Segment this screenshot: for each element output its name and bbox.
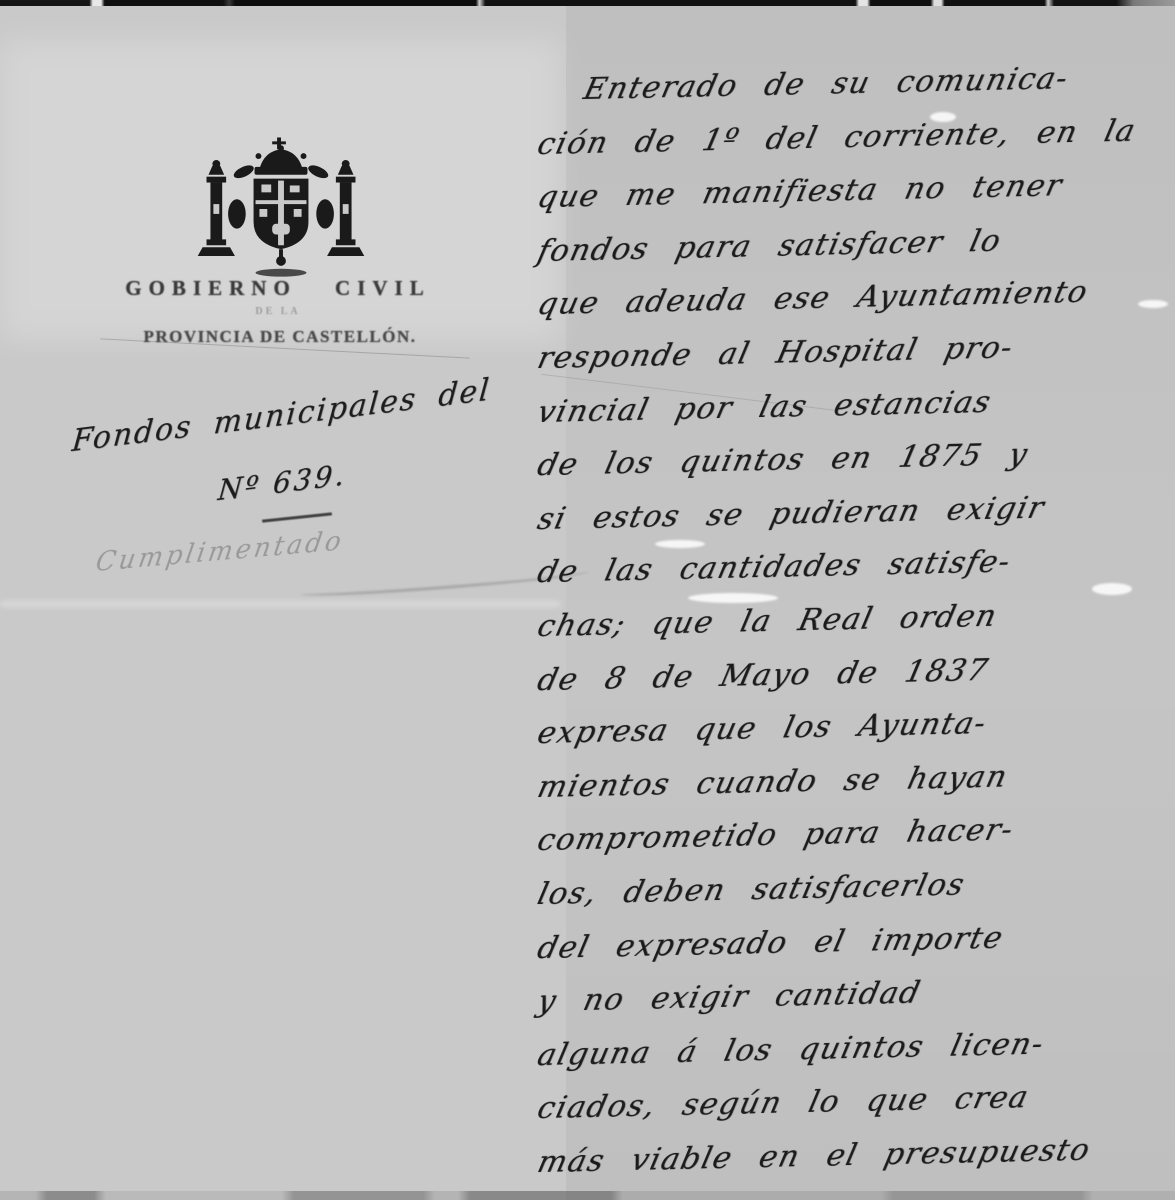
- reference-line: Fondos municipales del: [70, 372, 492, 459]
- letter-body: Enterado de su comunica- ción de 1º del …: [538, 64, 1175, 1189]
- scan-edge-bottom: [0, 1191, 1175, 1200]
- scanned-document-page: GOBIERNO CIVIL DE LA PROVINCIA DE CASTEL…: [0, 0, 1175, 1200]
- letterhead-province-title: PROVINCIA DE CASTELLÓN.: [120, 327, 440, 347]
- reference-number: Nº 639.: [217, 458, 349, 507]
- margin-annotation: Cumplimentado: [94, 526, 347, 578]
- coat-of-arms-emblem: [183, 134, 379, 284]
- scan-edge-top: [0, 0, 1175, 6]
- reference-underline-stroke: [262, 512, 332, 522]
- letterhead-connector: DE LA: [112, 306, 444, 317]
- letterhead-office-title: GOBIERNO CIVIL: [100, 276, 456, 301]
- paper-crease: [0, 602, 560, 606]
